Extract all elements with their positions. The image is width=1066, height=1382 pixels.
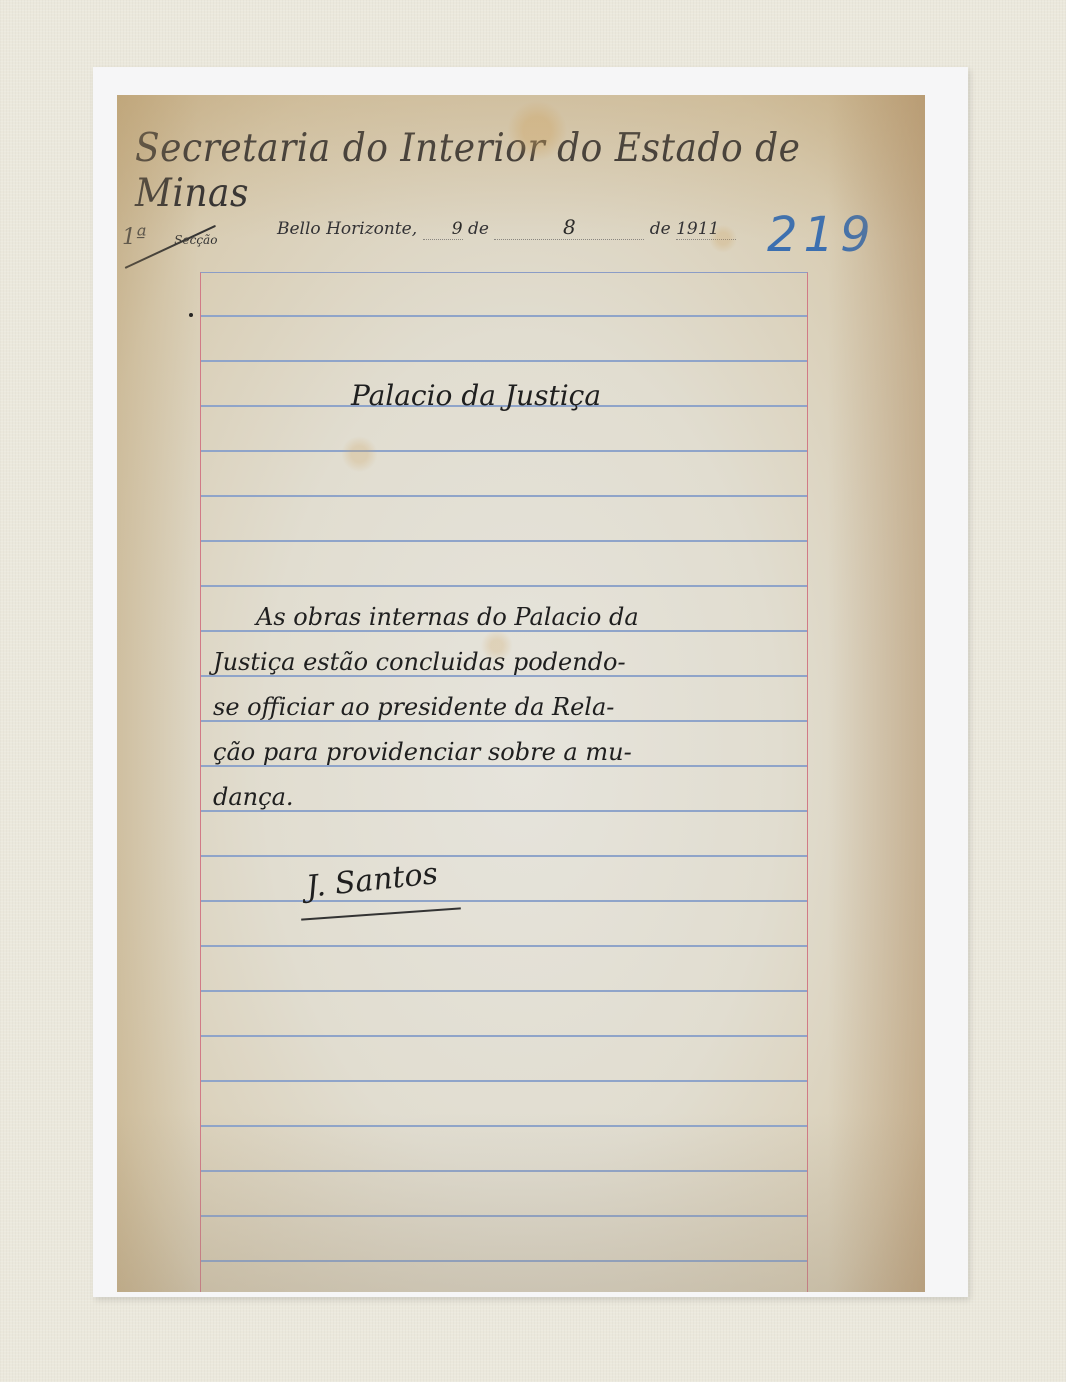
section-number: 1ª xyxy=(122,225,146,250)
subject-heading: Palacio da Justiça xyxy=(351,379,601,412)
date-de-2: de xyxy=(650,219,671,239)
letterhead-title: Secretaria do Interior do Estado de Mina… xyxy=(135,126,915,216)
date-de-1: de xyxy=(468,219,489,239)
body-line: se officiar ao presidente da Rela- xyxy=(213,693,614,721)
date-month: 8 xyxy=(494,215,644,240)
date-line: Bello Horizonte, 9 de 8 de 1911 xyxy=(277,215,736,240)
margin-dot xyxy=(189,313,193,317)
body-line: Justiça estão concluidas podendo- xyxy=(213,648,626,676)
place-name: Bello Horizonte, xyxy=(277,219,417,239)
section-label: 1ª Secção xyxy=(122,225,232,250)
archival-document: Secretaria do Interior do Estado de Mina… xyxy=(117,95,925,1292)
body-line: As obras internas do Palacio da xyxy=(256,603,639,631)
ruled-writing-area: Palacio da Justiça As obras internas do … xyxy=(200,272,808,1292)
date-year: 1911 xyxy=(676,219,736,240)
document-number: 219 xyxy=(767,207,877,263)
signature: J. Santos xyxy=(305,856,440,905)
body-line: dança. xyxy=(213,783,294,811)
signature-flourish xyxy=(301,907,461,920)
body-line: ção para providenciar sobre a mu- xyxy=(213,738,632,766)
date-day: 9 xyxy=(423,219,463,240)
